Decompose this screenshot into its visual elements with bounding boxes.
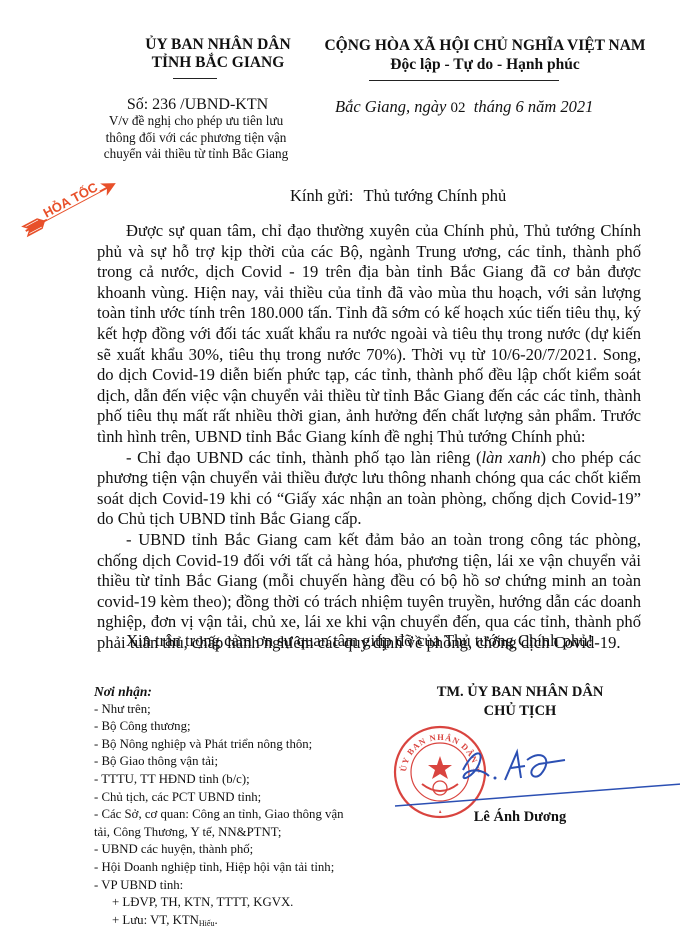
intro-paragraph: Được sự quan tâm, chỉ đạo thường xuyên c… xyxy=(97,221,641,448)
distribution-item: - Như trên; xyxy=(94,701,354,719)
authority-line-1: ỦY BAN NHÂN DÂN xyxy=(118,36,318,54)
subject-line: thông đối với các phương tiện vận xyxy=(96,130,296,147)
authority-divider xyxy=(173,78,217,79)
archive-text: + Lưu: VT, KTN xyxy=(112,913,199,927)
document-date: Bắc Giang, ngày 02 tháng 6 năm 2021 xyxy=(335,97,593,117)
distribution-item: - Các Sở, cơ quan: Công an tỉnh, Giao th… xyxy=(94,806,354,841)
distribution-item: - TTTU, TT HĐND tỉnh (b/c); xyxy=(94,771,354,789)
drafter-initial: Hiếu xyxy=(199,919,215,928)
recipient-line: Kính gửi:Thủ tướng Chính phủ xyxy=(290,186,506,206)
date-day: 02 xyxy=(450,100,465,116)
distribution-item: - Hội Doanh nghiệp tỉnh, Hiệp hội vận tả… xyxy=(94,859,354,877)
signature-icon xyxy=(393,730,680,815)
distribution-item: - Bộ Giao thông vận tải; xyxy=(94,753,354,771)
distribution-subitem: + Lưu: VT, KTNHiếu. xyxy=(94,912,354,928)
date-prefix: Bắc Giang, ngày xyxy=(335,97,450,116)
document-number: Số: 236 /UBND-KTN xyxy=(100,96,295,114)
signature-title-line-2: CHỦ TỊCH xyxy=(400,702,640,721)
document-subject: V/v đề nghị cho phép ưu tiên lưu thông đ… xyxy=(96,113,296,163)
urgent-label: HỎA TỐC xyxy=(41,179,101,220)
distribution-list: Nơi nhận: - Như trên; - Bộ Công thương; … xyxy=(94,683,354,928)
distribution-item: - Chủ tịch, các PCT UBND tỉnh; xyxy=(94,789,354,807)
national-motto: Độc lập - Tự do - Hạnh phúc xyxy=(300,55,670,74)
green-lane-term: làn xanh xyxy=(482,448,541,467)
distribution-item: - Bộ Công thương; xyxy=(94,718,354,736)
distribution-item: - UBND các huyện, thành phố; xyxy=(94,841,354,859)
recipient-label: Kính gửi: xyxy=(290,186,354,205)
distribution-title: Nơi nhận: xyxy=(94,683,354,701)
archive-end: . xyxy=(214,913,217,927)
issuing-authority: ỦY BAN NHÂN DÂN TỈNH BẮC GIANG xyxy=(118,36,318,72)
distribution-subitem: + LĐVP, TH, KTN, TTTT, KGVX. xyxy=(94,894,354,912)
recipient-name: Thủ tướng Chính phủ xyxy=(364,186,507,205)
request-item-1: - Chỉ đạo UBND các tỉnh, thành phố tạo l… xyxy=(97,448,641,530)
signature-title: TM. ỦY BAN NHÂN DÂN CHỦ TỊCH xyxy=(400,683,640,720)
subject-line: V/v đề nghị cho phép ưu tiên lưu xyxy=(96,113,296,130)
signer-name: Lê Ánh Dương xyxy=(400,809,640,826)
country-name: CỘNG HÒA XÃ HỘI CHỦ NGHĨA VIỆT NAM xyxy=(300,36,670,55)
body-paragraph: Được sự quan tâm, chỉ đạo thường xuyên c… xyxy=(97,221,641,653)
national-header: CỘNG HÒA XÃ HỘI CHỦ NGHĨA VIỆT NAM Độc l… xyxy=(300,36,670,74)
distribution-item: - Bộ Nông nghiệp và Phát triển nông thôn… xyxy=(94,736,354,754)
item1-text: - Chỉ đạo UBND các tỉnh, thành phố tạo l… xyxy=(126,448,482,467)
date-suffix: tháng 6 năm 2021 xyxy=(465,97,593,116)
motto-divider xyxy=(369,80,559,81)
distribution-item: - VP UBND tỉnh: xyxy=(94,877,354,895)
closing-line: Xin trân trọng cảm ơn sự quan tâm giúp đ… xyxy=(126,631,593,651)
signature-title-line-1: TM. ỦY BAN NHÂN DÂN xyxy=(400,683,640,702)
subject-line: chuyển vải thiều từ tỉnh Bắc Giang xyxy=(96,146,296,163)
authority-line-2: TỈNH BẮC GIANG xyxy=(118,54,318,72)
